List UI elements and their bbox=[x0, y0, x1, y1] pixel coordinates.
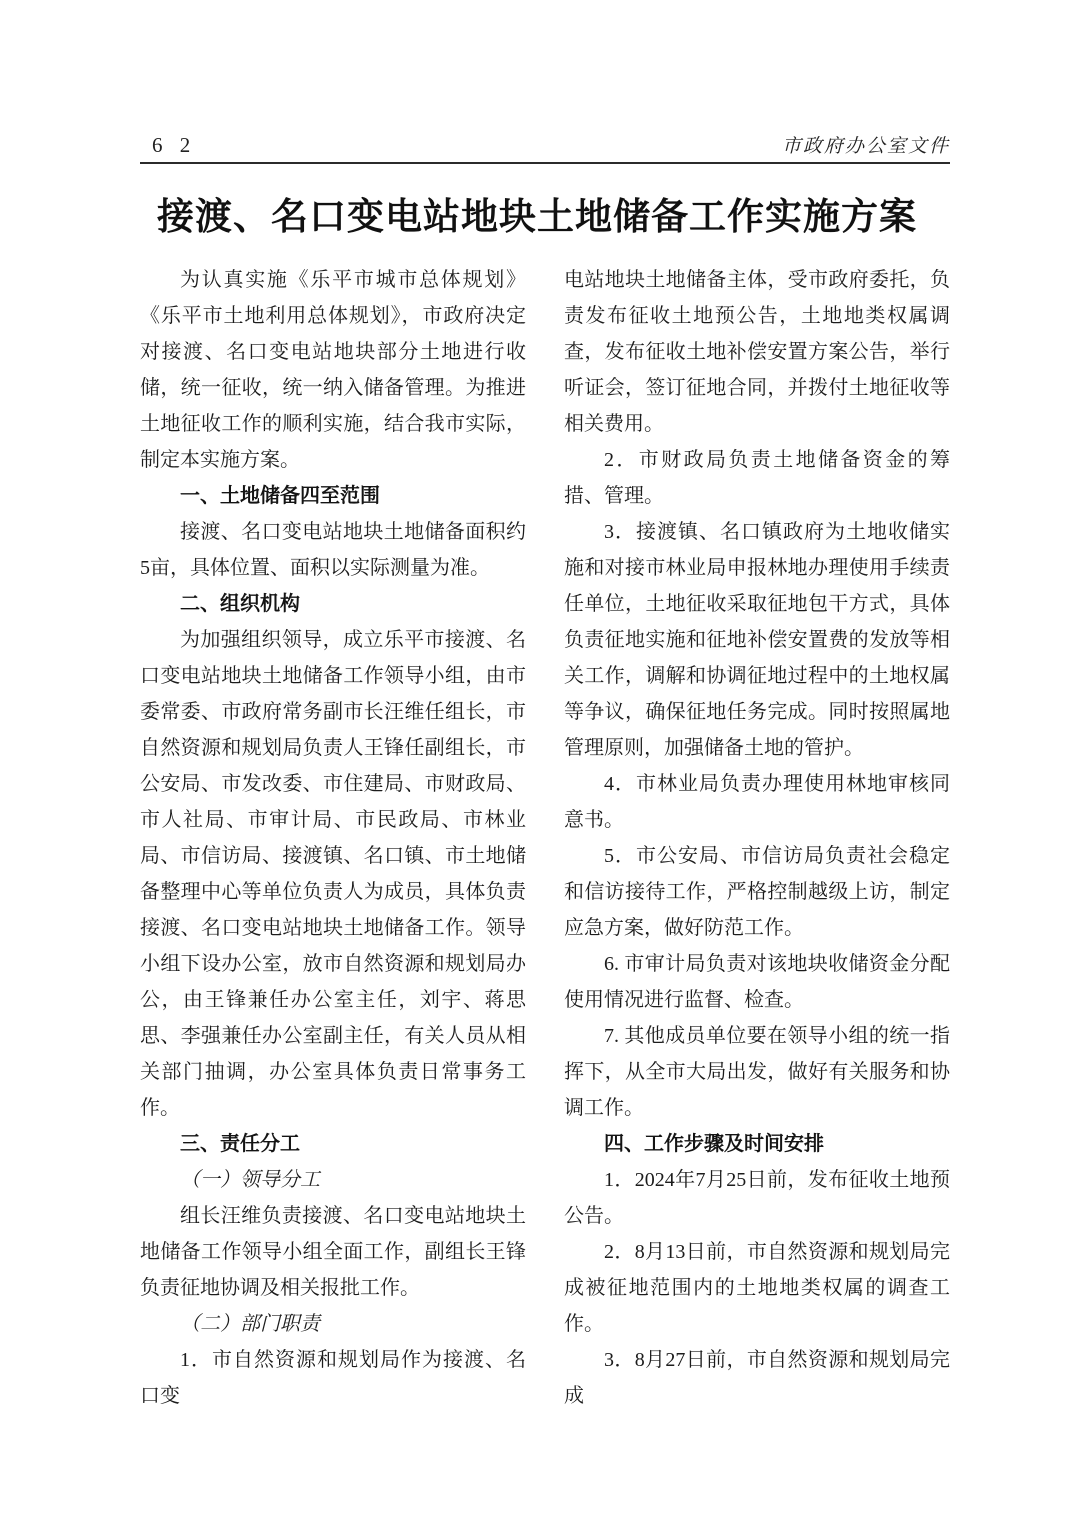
document-title: 接渡、名口变电站地块土地储备工作实施方案 bbox=[0, 186, 1074, 240]
sub-heading: （二）部门职责 bbox=[140, 1306, 526, 1342]
paragraph: 为认真实施《乐平市城市总体规划》《乐平市土地利用总体规划》，市政府决定对接渡、名… bbox=[140, 262, 526, 478]
sub-heading: （一）领导分工 bbox=[140, 1162, 526, 1198]
paragraph: 2．8月13日前，市自然资源和规划局完成被征地范围内的土地地类权属的调查工作。 bbox=[564, 1234, 950, 1342]
page-number: 6 2 bbox=[140, 133, 196, 158]
paragraph: 2．市财政局负责土地储备资金的筹措、管理。 bbox=[564, 442, 950, 514]
paragraph: 5．市公安局、市信访局负责社会稳定和信访接待工作，严格控制越级上访，制定应急方案… bbox=[564, 838, 950, 946]
paragraph: 接渡、名口变电站地块土地储备面积约5亩，具体位置、面积以实际测量为准。 bbox=[140, 514, 526, 586]
paragraph: 1．2024年7月25日前，发布征收土地预公告。 bbox=[564, 1162, 950, 1234]
section-heading: 一、土地储备四至范围 bbox=[140, 478, 526, 514]
paragraph: 电站地块土地储备主体，受市政府委托，负责发布征收土地预公告，土地地类权属调查，发… bbox=[564, 262, 950, 442]
paragraph: 1．市自然资源和规划局作为接渡、名口变 bbox=[140, 1342, 526, 1414]
paragraph: 3．8月27日前，市自然资源和规划局完成 bbox=[564, 1342, 950, 1414]
section-heading: 三、责任分工 bbox=[140, 1126, 526, 1162]
section-heading: 四、工作步骤及时间安排 bbox=[564, 1126, 950, 1162]
document-body: 为认真实施《乐平市城市总体规划》《乐平市土地利用总体规划》，市政府决定对接渡、名… bbox=[140, 262, 950, 1414]
paragraph: 7. 其他成员单位要在领导小组的统一指挥下，从全市大局出发，做好有关服务和协调工… bbox=[564, 1018, 950, 1126]
paragraph: 4．市林业局负责办理使用林地审核同意书。 bbox=[564, 766, 950, 838]
document-page: 6 2 市政府办公室文件 接渡、名口变电站地块土地储备工作实施方案 为认真实施《… bbox=[0, 0, 1074, 1520]
page-header: 6 2 市政府办公室文件 bbox=[140, 131, 950, 164]
right-column: 电站地块土地储备主体，受市政府委托，负责发布征收土地预公告，土地地类权属调查，发… bbox=[564, 262, 950, 1414]
paragraph: 为加强组织领导，成立乐平市接渡、名口变电站地块土地储备工作领导小组，由市委常委、… bbox=[140, 622, 526, 1126]
section-heading: 二、组织机构 bbox=[140, 586, 526, 622]
header-doc-label: 市政府办公室文件 bbox=[782, 131, 950, 158]
paragraph: 3．接渡镇、名口镇政府为土地收储实施和对接市林业局申报林地办理使用手续责任单位，… bbox=[564, 514, 950, 766]
left-column: 为认真实施《乐平市城市总体规划》《乐平市土地利用总体规划》，市政府决定对接渡、名… bbox=[140, 262, 526, 1414]
paragraph: 6. 市审计局负责对该地块收储资金分配使用情况进行监督、检查。 bbox=[564, 946, 950, 1018]
paragraph: 组长汪维负责接渡、名口变电站地块土地储备工作领导小组全面工作，副组长王锋负责征地… bbox=[140, 1198, 526, 1306]
